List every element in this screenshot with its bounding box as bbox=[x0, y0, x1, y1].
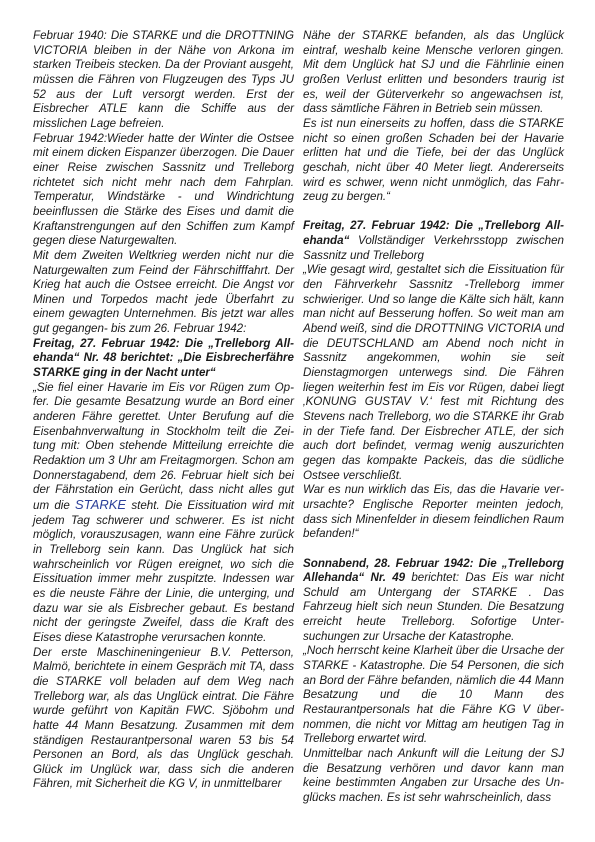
paragraph-allehanda-nr-49: Sonnabend, 28. Februar 1942: Die „Trelle… bbox=[303, 557, 564, 645]
paragraph-ice-situation-quote: „Wie gesagt wird, gestaltet sich die Eis… bbox=[303, 263, 564, 483]
paragraph-february-1942: Februar 1942:Wieder hatte der Winter die… bbox=[33, 132, 294, 249]
paragraph-petterson-report: Der erste Maschineningenieur B.V. Petter… bbox=[33, 646, 294, 793]
quote-text-before: „Sie fiel einer Havarie im Eis vor Rügen… bbox=[33, 381, 294, 512]
paragraph-second-world-war: Mit dem Zweiten Weltkrieg werden nicht n… bbox=[33, 249, 294, 337]
right-column: Nähe der STARKE befanden, als das Unglüc… bbox=[303, 29, 564, 806]
highlighted-ship-name: STARKE bbox=[75, 497, 126, 512]
paragraph-crew-interrogation: Unmittelbar nach Ankunft will die Leitun… bbox=[303, 747, 564, 806]
left-column: Februar 1940: Die STARKE und die DROTT­N… bbox=[33, 29, 294, 792]
paragraph-mine-fields: War es nun wirklich das Eis, das die Hav… bbox=[303, 483, 564, 542]
document-page: Februar 1940: Die STARKE und die DROTT­N… bbox=[0, 0, 595, 842]
paragraph-traffic-stop: Freitag, 27. Februar 1942: Die „Trellebo… bbox=[303, 219, 564, 263]
spacer bbox=[303, 205, 564, 220]
paragraph-havarie-quote: „Sie fiel einer Havarie im Eis vor Rügen… bbox=[33, 381, 294, 646]
paragraph-no-losses: Nähe der STARKE befanden, als das Unglüc… bbox=[303, 29, 564, 117]
paragraph-february-1940: Februar 1940: Die STARKE und die DROTT­N… bbox=[33, 29, 294, 132]
quote-text-after: steht. Die Eissitua­tion wird mit jedem … bbox=[33, 499, 294, 644]
paragraph-salvage-hope: Es ist nun einerseits zu hoffen, dass di… bbox=[303, 117, 564, 205]
heading-allehanda-nr-48: Freitag, 27. Februar 1942: Die „Trellebo… bbox=[33, 337, 294, 381]
spacer bbox=[303, 542, 564, 557]
paragraph-no-clarity-quote: „Noch herrscht keine Klarheit über die U… bbox=[303, 644, 564, 747]
